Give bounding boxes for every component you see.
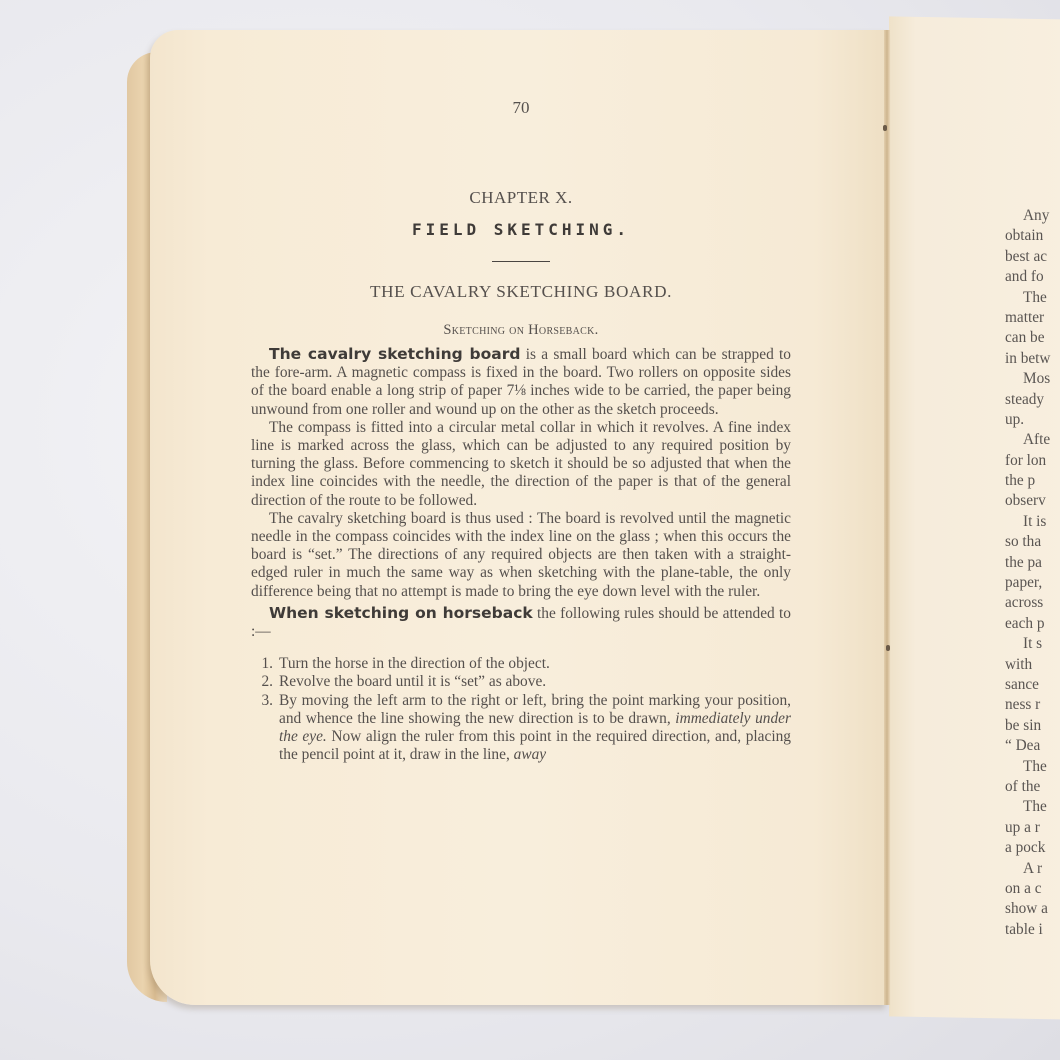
right-page-line: with: [1005, 655, 1060, 675]
right-page-line: in betw: [1005, 349, 1060, 369]
right-page-line: Afte: [1005, 430, 1060, 450]
binding-mark: [886, 645, 890, 651]
list-number: 2.: [251, 673, 273, 691]
right-page-line: The: [1005, 288, 1060, 308]
emphasis: away: [514, 746, 547, 763]
list-item: 3. By moving the left arm to the right o…: [251, 692, 791, 765]
right-page-line: up.: [1005, 410, 1060, 430]
right-page-line: obtain: [1005, 226, 1060, 246]
list-text: By moving the left arm to the right or l…: [279, 692, 791, 765]
right-page-line: The: [1005, 757, 1060, 777]
right-page-line: be sin: [1005, 716, 1060, 736]
right-page-line: It is: [1005, 512, 1060, 532]
paragraph-lead: The cavalry sketching board: [269, 345, 521, 363]
paragraph: When sketching on horseback the followin…: [251, 604, 791, 641]
right-page-line: paper,: [1005, 573, 1060, 593]
right-page-line: best ac: [1005, 247, 1060, 267]
list-item: 2. Revolve the board until it is “set” a…: [251, 673, 791, 691]
left-page-text: 70 CHAPTER X. FIELD SKETCHING. THE CAVAL…: [251, 98, 791, 764]
right-page-line: show a: [1005, 899, 1060, 919]
right-page-line: on a c: [1005, 879, 1060, 899]
paragraph: The cavalry sketching board is a small b…: [251, 345, 791, 419]
rules-list: 1. Turn the horse in the direction of th…: [251, 655, 791, 764]
body-text: The cavalry sketching board is a small b…: [251, 345, 791, 641]
list-item: 1. Turn the horse in the direction of th…: [251, 655, 791, 673]
right-page-line: table i: [1005, 920, 1060, 940]
right-page-line: Mos: [1005, 369, 1060, 389]
right-page-line: so tha: [1005, 532, 1060, 552]
right-page-line: Any: [1005, 206, 1060, 226]
binding-mark: [883, 125, 887, 131]
subsection-heading: Sketching on Horseback.: [251, 322, 791, 339]
paragraph: The compass is fitted into a circular me…: [251, 419, 791, 510]
paragraph: The cavalry sketching board is thus used…: [251, 510, 791, 601]
chapter-title: FIELD SKETCHING.: [251, 220, 791, 239]
book-gutter: [884, 30, 890, 1005]
right-page-line: “ Dea: [1005, 736, 1060, 756]
right-page-line: up a r: [1005, 818, 1060, 838]
right-page-line: sance: [1005, 675, 1060, 695]
right-page-line: steady: [1005, 390, 1060, 410]
list-number: 1.: [251, 655, 273, 673]
right-page-line: of the: [1005, 777, 1060, 797]
paragraph-lead: When sketching on horseback: [269, 604, 533, 622]
heading-rule: [492, 261, 550, 262]
page-number: 70: [251, 98, 791, 138]
right-page-line: each p: [1005, 614, 1060, 634]
right-page-text: Anyobtainbest acand foThemattercan bein …: [1005, 206, 1060, 940]
section-heading: THE CAVALRY SKETCHING BOARD.: [251, 282, 791, 302]
right-page-line: ness r: [1005, 695, 1060, 715]
right-page-line: the pa: [1005, 553, 1060, 573]
right-page-line: and fo: [1005, 267, 1060, 287]
right-page-line: observ: [1005, 491, 1060, 511]
right-page-line: across: [1005, 593, 1060, 613]
right-page-line: The: [1005, 797, 1060, 817]
list-text: Revolve the board until it is “set” as a…: [279, 673, 791, 691]
right-page-line: for lon: [1005, 451, 1060, 471]
right-page-line: the p: [1005, 471, 1060, 491]
right-page-line: a pock: [1005, 838, 1060, 858]
right-page-line: matter: [1005, 308, 1060, 328]
right-page-line: A r: [1005, 859, 1060, 879]
chapter-heading: CHAPTER X.: [251, 188, 791, 208]
list-number: 3.: [251, 692, 273, 765]
right-page-line: can be: [1005, 328, 1060, 348]
right-page-line: It s: [1005, 634, 1060, 654]
list-text: Turn the horse in the direction of the o…: [279, 655, 791, 673]
